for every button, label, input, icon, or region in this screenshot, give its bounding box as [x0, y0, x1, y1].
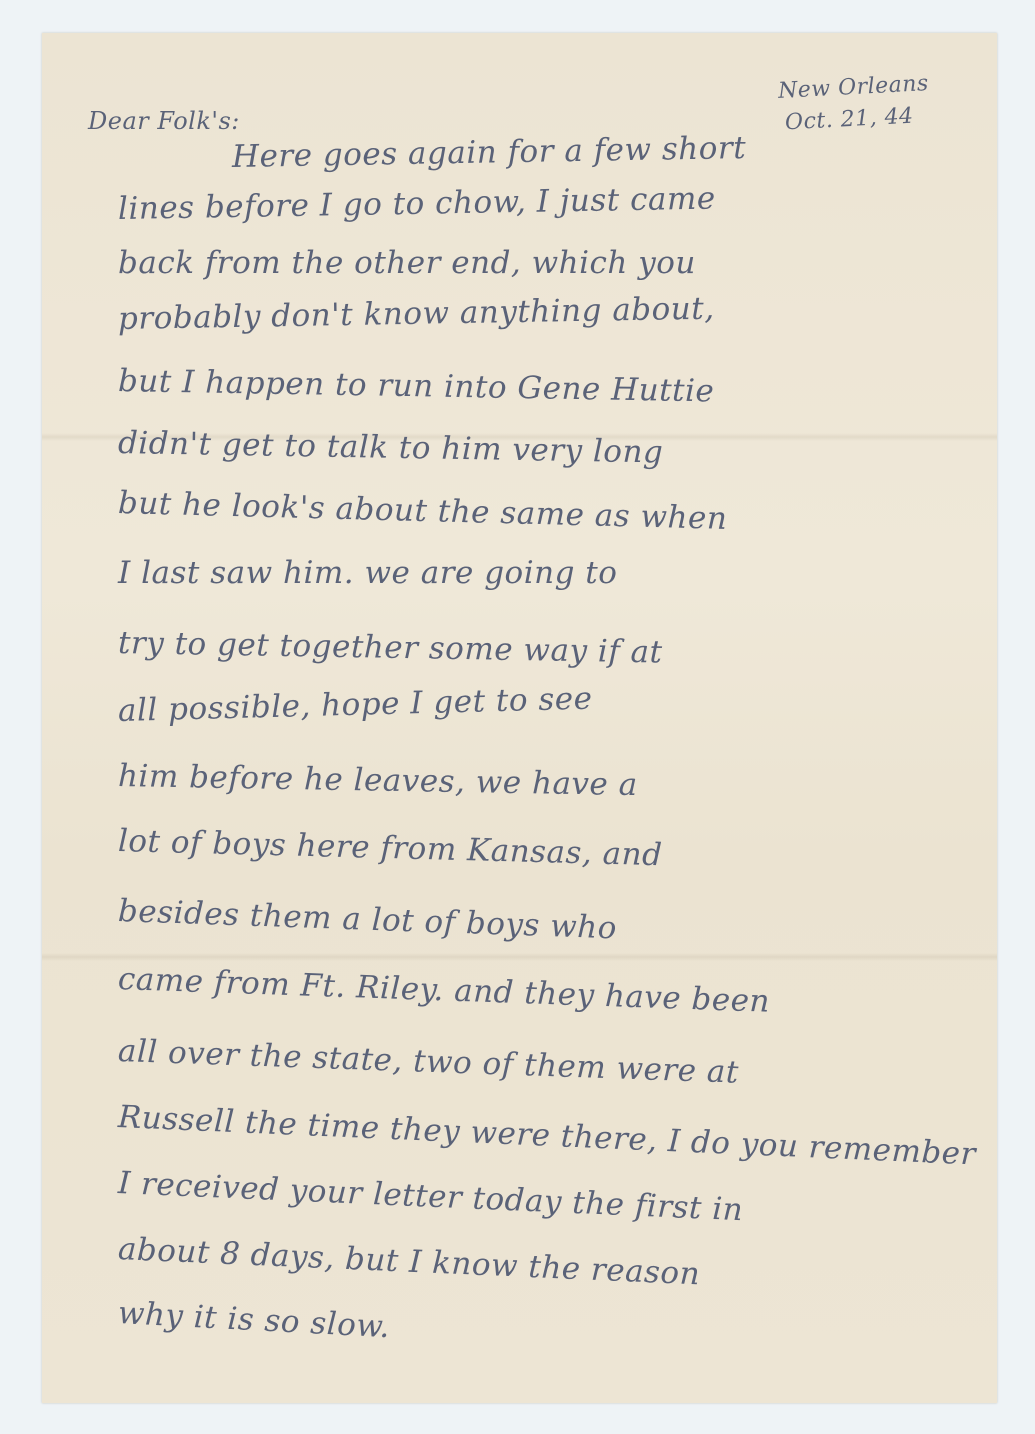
- letter-line: but he look's about the same as when: [118, 485, 728, 537]
- letter-line: besides them a lot of boys who: [117, 893, 617, 946]
- letter-date: Oct. 21, 44: [784, 104, 914, 136]
- letter-line: but I happen to run into Gene Huttie: [118, 363, 715, 409]
- letter-line: about 8 days, but I know the reason: [117, 1231, 701, 1292]
- letter-page: New Orleans Oct. 21, 44 Dear Folk's: Her…: [42, 33, 997, 1403]
- letter-line: why it is so slow.: [117, 1295, 391, 1345]
- letter-salutation: Dear Folk's:: [88, 107, 240, 135]
- letter-line: all possible, hope I get to see: [118, 681, 593, 729]
- letter-line: Russell the time they were there, I do y…: [117, 1099, 976, 1172]
- letter-line: lot of boys here from Kansas, and: [118, 823, 663, 873]
- letter-line: try to get together some way if at: [118, 625, 663, 670]
- letter-line: Here goes again for a few short: [232, 130, 747, 175]
- letter-line: probably don't know anything about,: [118, 291, 715, 337]
- letter-line: back from the other end, which you: [118, 245, 696, 281]
- letter-line: I last saw him. we are going to: [118, 555, 617, 591]
- paper-fold-line: [42, 953, 997, 961]
- letter-line: all over the state, two of them were at: [117, 1033, 739, 1091]
- letter-line: lines before I go to chow, I just came: [118, 181, 716, 227]
- letter-line: him before he leaves, we have a: [118, 758, 638, 803]
- letter-line: didn't get to talk to him very long: [118, 425, 664, 471]
- letter-line: came from Ft. Riley. and they have been: [117, 961, 770, 1020]
- letter-line: I received your letter today the first i…: [117, 1165, 744, 1228]
- letter-place: New Orleans: [777, 71, 929, 104]
